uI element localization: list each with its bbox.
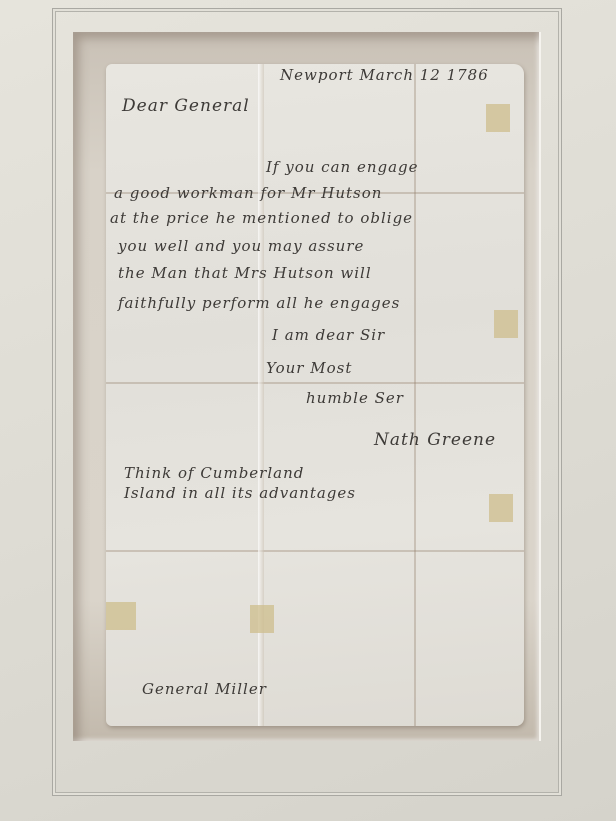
postscript-line: Think of Cumberland: [124, 464, 304, 482]
salutation: Dear General: [122, 96, 250, 116]
addressee: General Miller: [142, 680, 267, 698]
body-line: If you can engage: [266, 158, 419, 176]
fold-crease: [106, 550, 524, 552]
tape-patch: [250, 605, 274, 633]
tape-patch: [489, 494, 513, 522]
body-line: faithfully perform all he engages: [118, 294, 400, 312]
body-line: you well and you may assure: [118, 237, 364, 255]
tape-patch: [486, 104, 510, 132]
tape-patch: [106, 602, 136, 630]
body-line: a good workman for Mr Hutson: [114, 184, 382, 202]
letter-paper: Newport March 12 1786 Dear General If yo…: [106, 64, 524, 726]
closing-line: Your Most: [266, 359, 352, 377]
tape-patch: [494, 310, 518, 338]
fold-crease: [106, 382, 524, 384]
closing-line: I am dear Sir: [272, 326, 385, 344]
body-line: the Man that Mrs Hutson will: [118, 264, 372, 282]
dateline: Newport March 12 1786: [280, 66, 489, 84]
signature: Nath Greene: [374, 430, 496, 450]
body-line: at the price he mentioned to oblige: [110, 209, 413, 227]
closing-line: humble Ser: [306, 389, 404, 407]
postscript-line: Island in all its advantages: [124, 484, 356, 502]
